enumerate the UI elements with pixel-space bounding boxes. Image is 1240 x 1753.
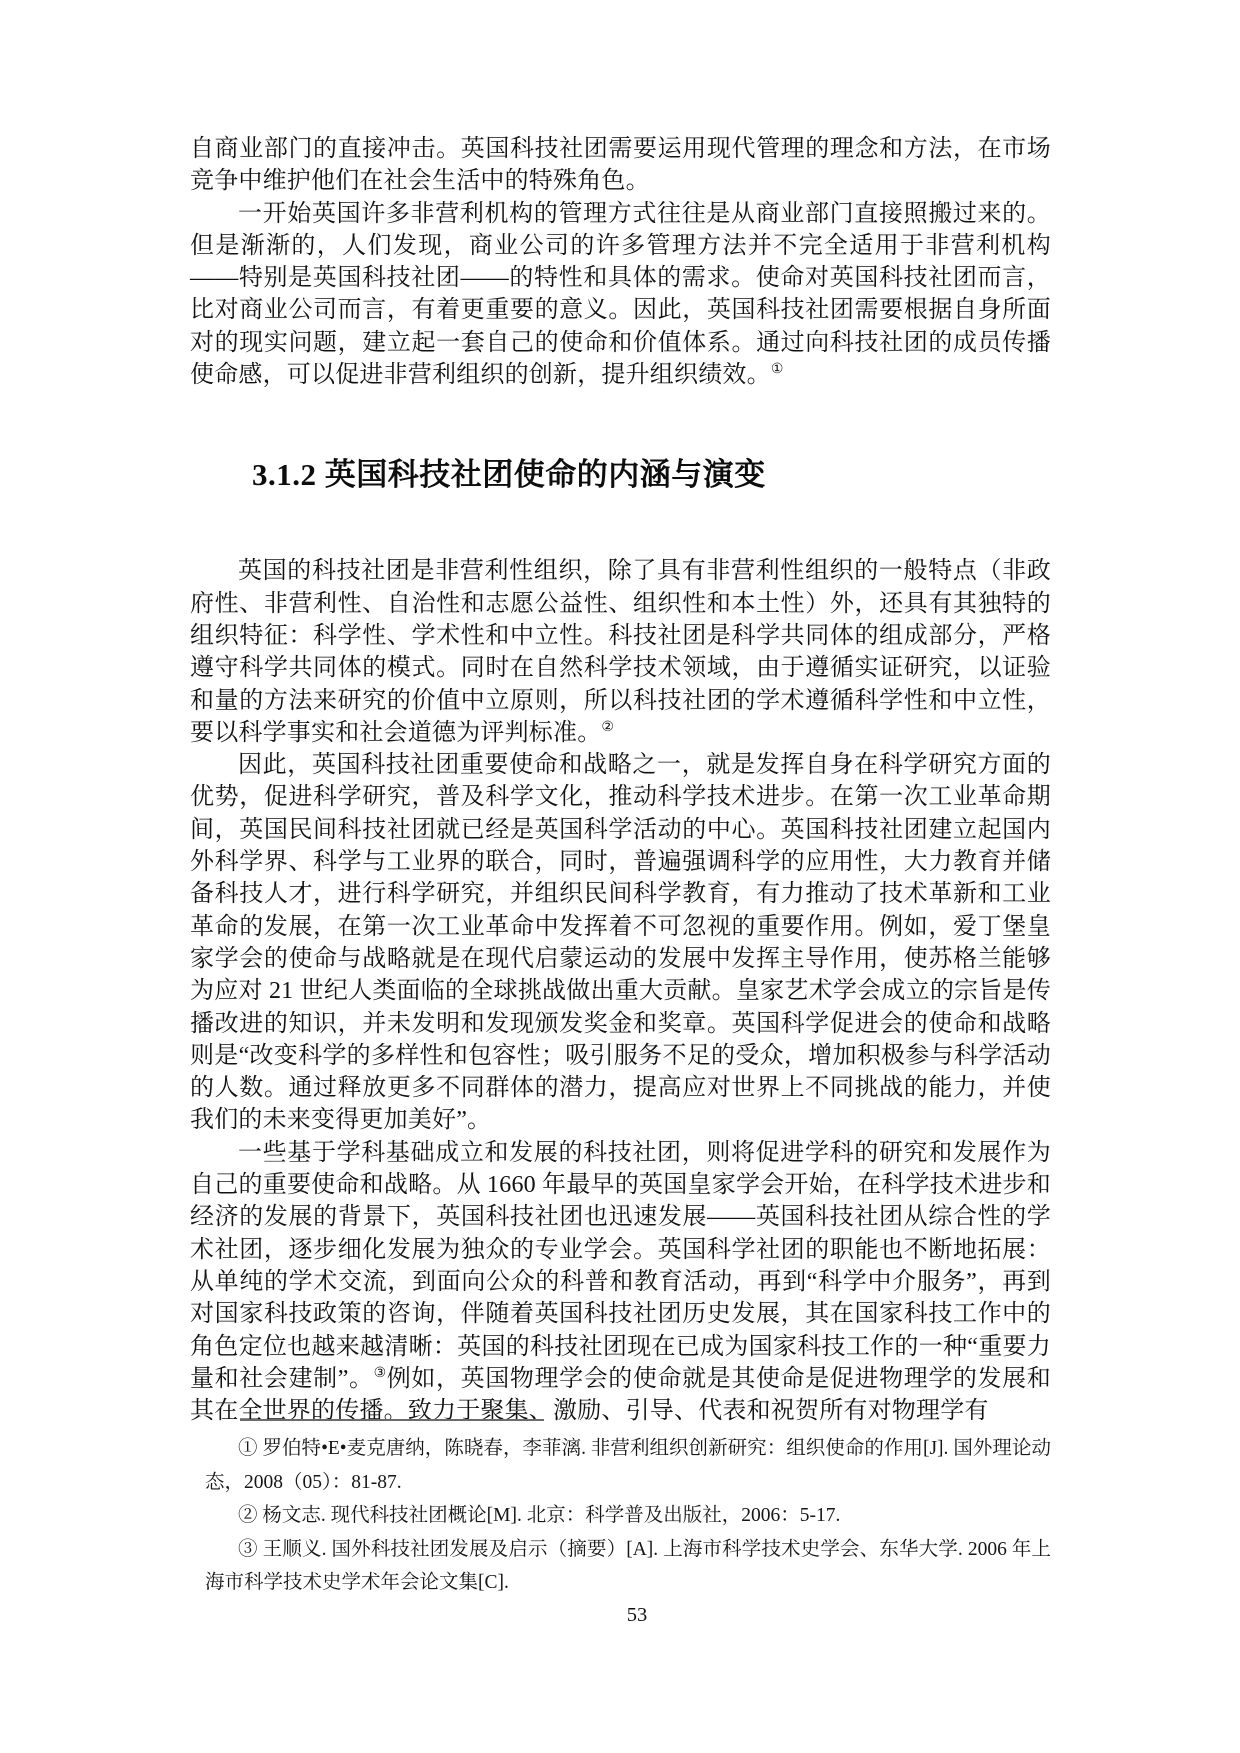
- footnote-marker: ②: [238, 1505, 258, 1526]
- paragraph-text: 英国的科技社团是非营利性组织，除了具有非营利性组织的一般特点（非政府性、非营利性…: [190, 558, 1051, 745]
- paragraph: 因此，英国科技社团重要使命和战略之一，就是发挥自身在科学研究方面的优势，促进科学…: [190, 749, 1051, 1137]
- paragraph: 一开始英国许多非营利机构的管理方式往往是从商业部门直接照搬过来的。但是渐渐的，人…: [190, 198, 1051, 392]
- footnote-marker: ③: [238, 1539, 258, 1560]
- footnote-text: 王顺义. 国外科技社团发展及启示（摘要）[A]. 上海市科学技术史学会、东华大学…: [205, 1539, 1051, 1594]
- paragraph: 一些基于学科基础成立和发展的科技社团，则将促进学科的研究和发展作为自己的重要使命…: [190, 1137, 1051, 1428]
- footnote-list: ① 罗伯特•E•麦克唐纳，陈晓春，李菲漓. 非营利组织创新研究：组织使命的作用[…: [190, 1432, 1051, 1600]
- paragraph-text: 自商业部门的直接冲击。英国科技社团需要运用现代管理的理念和方法，在市场竞争中维护…: [190, 136, 1051, 194]
- footnote-area: ① 罗伯特•E•麦克唐纳，陈晓春，李菲漓. 非营利组织创新研究：组织使命的作用[…: [190, 1419, 1051, 1600]
- paragraph-continuation: 自商业部门的直接冲击。英国科技社团需要运用现代管理的理念和方法，在市场竞争中维护…: [190, 133, 1051, 198]
- footnote-1: ① 罗伯特•E•麦克唐纳，陈晓春，李菲漓. 非营利组织创新研究：组织使命的作用[…: [205, 1432, 1051, 1499]
- footnote-2: ② 杨文志. 现代科技社团概论[M]. 北京：科学普及出版社，2006：5-17…: [205, 1499, 1051, 1533]
- footnote-3: ③ 王顺义. 国外科技社团发展及启示（摘要）[A]. 上海市科学技术史学会、东华…: [205, 1533, 1051, 1600]
- footnote-reference-2: ②: [601, 720, 614, 735]
- footnote-marker: ①: [238, 1438, 258, 1459]
- paragraph-text: 一开始英国许多非营利机构的管理方式往往是从商业部门直接照搬过来的。但是渐渐的，人…: [190, 201, 1051, 388]
- paragraph-text: 因此，英国科技社团重要使命和战略之一，就是发挥自身在科学研究方面的优势，促进科学…: [190, 752, 1051, 1133]
- footnote-reference-1: ①: [771, 362, 784, 377]
- footnote-text: 罗伯特•E•麦克唐纳，陈晓春，李菲漓. 非营利组织创新研究：组织使命的作用[J]…: [205, 1438, 1051, 1493]
- text-column: 自商业部门的直接冲击。英国科技社团需要运用现代管理的理念和方法，在市场竞争中维护…: [190, 133, 1051, 1427]
- paragraph: 英国的科技社团是非营利性组织，除了具有非营利性组织的一般特点（非政府性、非营利性…: [190, 555, 1051, 749]
- section-heading: 3.1.2 英国科技社团使命的内涵与演变: [252, 453, 1051, 497]
- footnote-text: 杨文志. 现代科技社团概论[M]. 北京：科学普及出版社，2006：5-17.: [258, 1505, 841, 1526]
- footnote-reference-3: ③: [374, 1366, 387, 1381]
- page-number: 53: [0, 1604, 1240, 1627]
- document-page: 自商业部门的直接冲击。英国科技社团需要运用现代管理的理念和方法，在市场竞争中维护…: [0, 0, 1240, 1753]
- paragraph-text: 一些基于学科基础成立和发展的科技社团，则将促进学科的研究和发展作为自己的重要使命…: [190, 1140, 1051, 1392]
- footnote-separator-rule: [240, 1419, 544, 1421]
